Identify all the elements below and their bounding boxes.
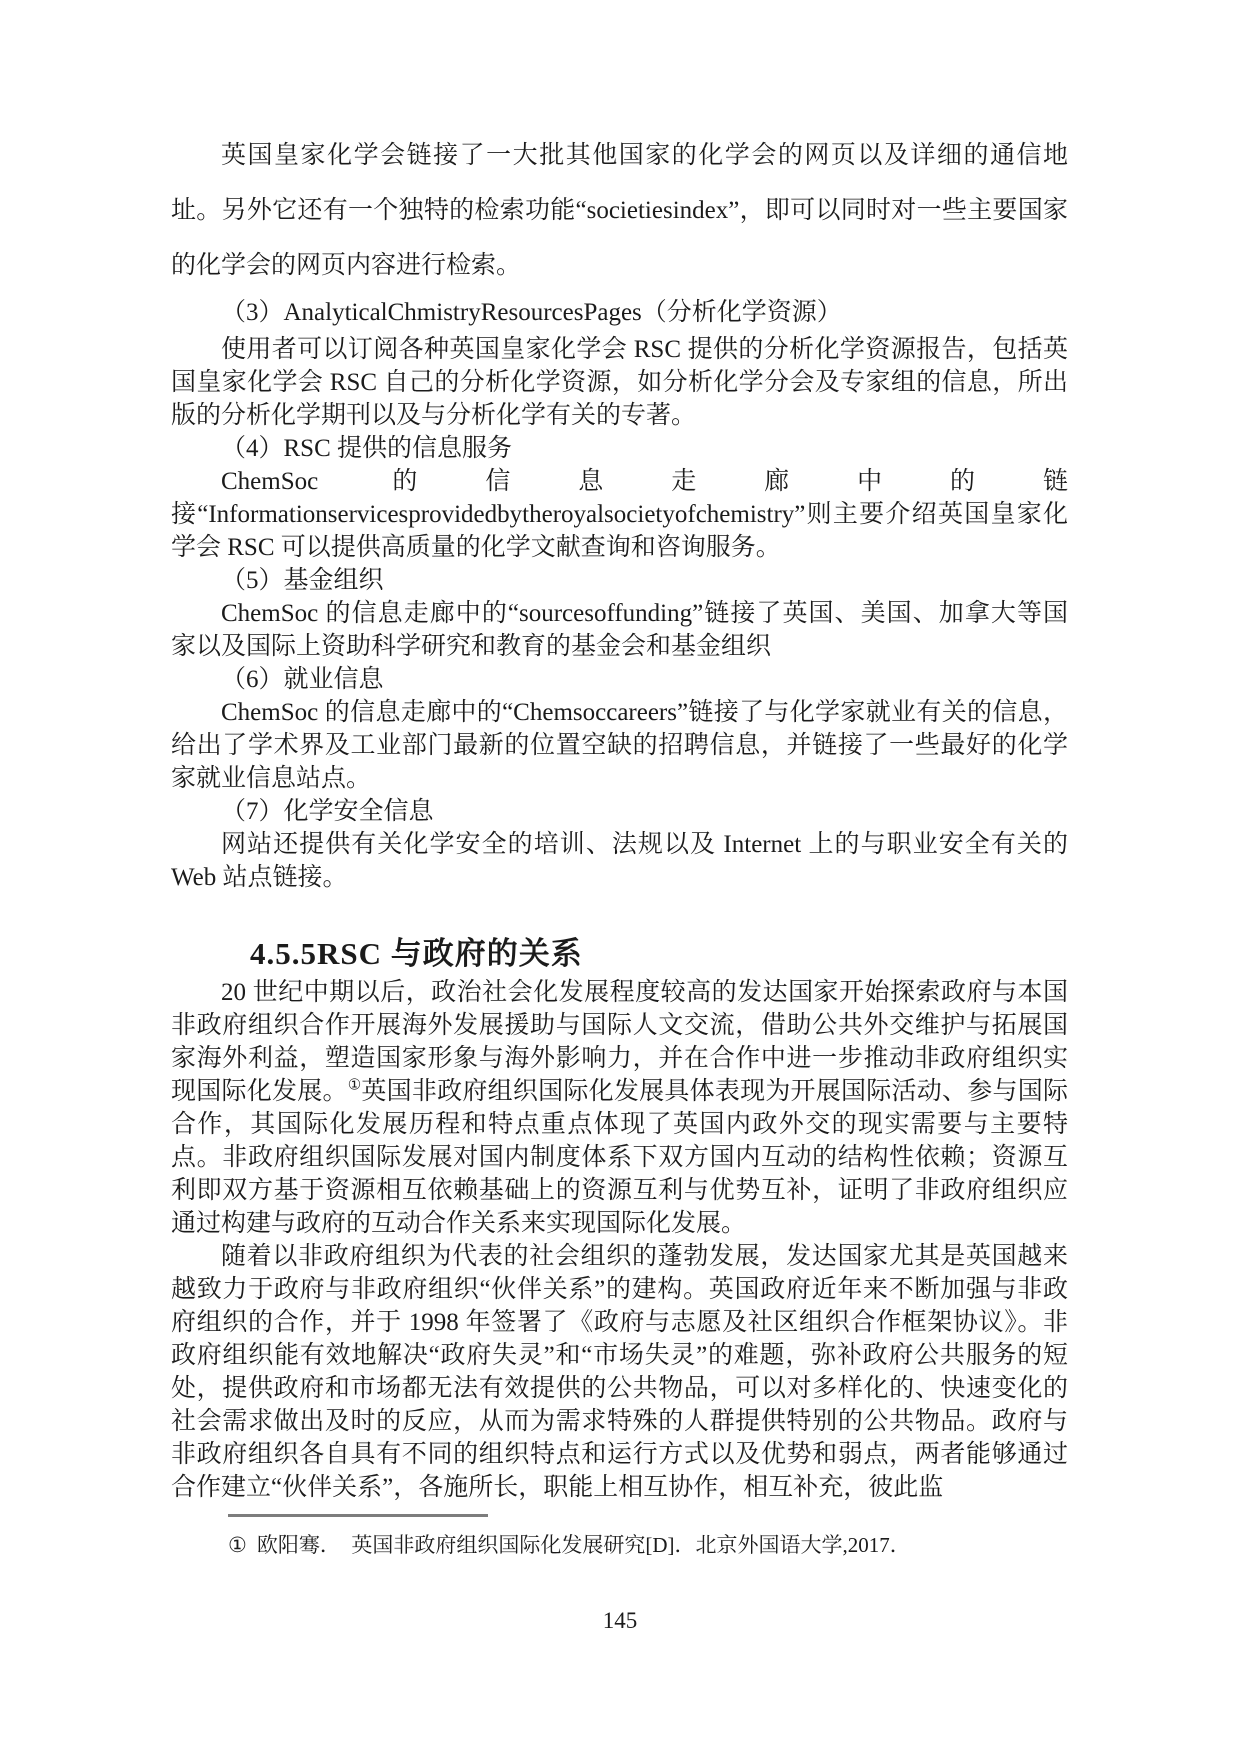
text-column: 英国皇家化学会链接了一大批其他国家的化学会的网页以及详细的通信地址。另外它还有一…	[171, 128, 1068, 1559]
document-page: 英国皇家化学会链接了一大批其他国家的化学会的网页以及详细的通信地址。另外它还有一…	[0, 0, 1240, 1753]
footnote-text: 欧阳骞． 英国非政府组织国际化发展研究[D]．北京外国语大学,2017．	[257, 1533, 911, 1557]
paragraph-chemical-safety: 网站还提供有关化学安全的培训、法规以及 Internet 上的与职业安全有关的 …	[171, 828, 1068, 894]
paragraph-government-relations: 20 世纪中期以后，政治社会化发展程度较高的发达国家开始探索政府与本国非政府组织…	[171, 976, 1068, 1240]
footnote-reference-1: ①	[348, 1078, 362, 1094]
paragraph-partnership: 随着以非政府组织为代表的社会组织的蓬勃发展，发达国家尤其是英国越来越致力于政府与…	[171, 1240, 1068, 1504]
paragraph-information-services: ChemSoc 的信息走廊中的链接“Informationservicespro…	[171, 465, 1068, 564]
paragraph-careers: ChemSoc 的信息走廊中的“Chemsoccareers”链接了与化学家就业…	[171, 696, 1068, 795]
footnote-marker: ①	[228, 1533, 247, 1557]
item-5-heading: （5）基金组织	[171, 564, 1068, 597]
item-3-heading: （3）AnalyticalChmistryResourcesPages（分析化学…	[171, 293, 1068, 333]
section-heading-4-5-5: 4.5.5RSC 与政府的关系	[250, 932, 1068, 976]
footnote-divider	[228, 1514, 488, 1517]
item-4-heading: （4）RSC 提供的信息服务	[171, 432, 1068, 465]
footnote-1: ①欧阳骞． 英国非政府组织国际化发展研究[D]．北京外国语大学,2017．	[228, 1531, 1068, 1559]
paragraph-funding-organizations: ChemSoc 的信息走廊中的“sourcesoffunding”链接了英国、美…	[171, 597, 1068, 663]
paragraph-societies-index: 英国皇家化学会链接了一大批其他国家的化学会的网页以及详细的通信地址。另外它还有一…	[171, 128, 1068, 293]
paragraph-analytical-resources: 使用者可以订阅各种英国皇家化学会 RSC 提供的分析化学资源报告，包括英国皇家化…	[171, 333, 1068, 432]
page-number: 145	[0, 1608, 1240, 1634]
item-6-heading: （6）就业信息	[171, 663, 1068, 696]
item-7-heading: （7）化学安全信息	[171, 795, 1068, 828]
